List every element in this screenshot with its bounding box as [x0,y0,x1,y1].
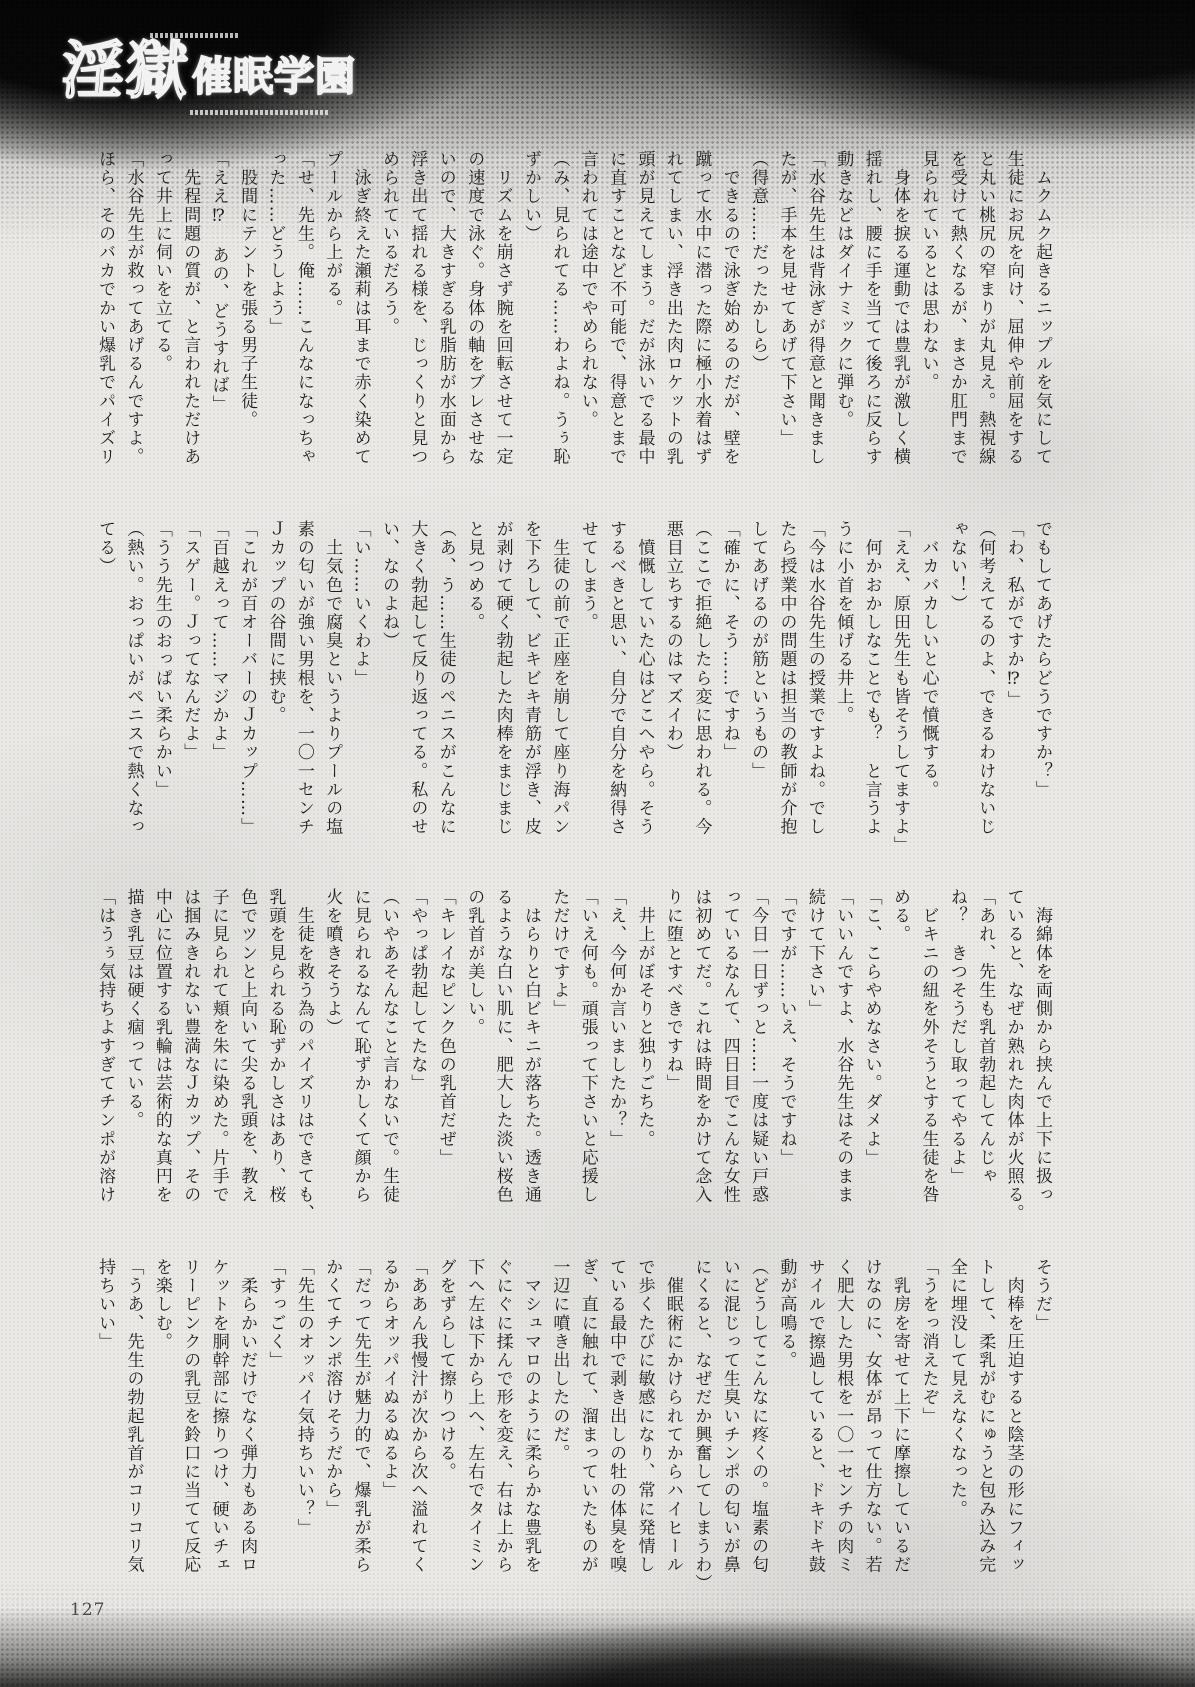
text-column: を下ろして、ビキビキ青筋が浮き、皮 [522,520,539,856]
text-band-4: そうだ」 肉棒を圧迫すると陰茎の形にフィットして、柔乳がむにゅうと包み込み完全に… [85,1258,1050,1594]
text-column: が剥けて硬く勃起した肉棒をまじまじ [494,520,511,856]
text-column: れてしまい、浮き出た肉ロケットの乳 [664,150,681,486]
text-column: 「キレイなピンク色の乳首だぜ」 [437,888,454,1224]
text-column: 「はうぅ気持ちよすぎてチンポが溶け [96,888,113,1224]
text-column: 生徒を救う為のパイズリはできても、 [295,888,312,1224]
text-column: トして、柔乳がむにゅうと包み込み完 [976,1258,993,1594]
text-column: 「やっぱ勃起してたな」 [408,888,425,1224]
text-column: 「先生のオッパイ気持ちいい？」 [295,1258,312,1594]
text-column: ていると、なぜか熟れた肉体が火照る。 [1005,888,1022,1224]
text-column: で歩くたびに敏感になり、常に発情し [636,1258,653,1594]
text-column: の速度で泳ぐ。身体の軸をブレさせな [465,150,482,486]
text-column: 続けて下さい」 [806,888,823,1224]
text-column: に見られるなんて恥ずかしくて顔から [352,888,369,1224]
text-column: 柔らかいだけでなく弾力もある肉ロ [238,1258,255,1594]
text-column: るからオッパイぬるぬるよ」 [380,1258,397,1594]
text-column: 言われては途中でやめられない。 [579,150,596,486]
text-column: 「あれ、先生も乳首勃起してんじゃ [976,888,993,1224]
text-column: の乳首が美しい。 [465,888,482,1224]
text-column: リーピンクの乳豆を鈴口に当てて反応 [181,1258,198,1594]
text-column: ムクムク起きるニップルを気にして [1033,150,1050,486]
text-column: 描き乳豆は硬く痼っている。 [125,888,142,1224]
text-column: 乳頭を見られる恥ずかしさはあり、桜 [266,888,283,1224]
text-column: 生徒にお尻を向け、屈伸や前屈をする [1005,150,1022,486]
series-logo-main-title: 淫獄 [60,40,192,102]
text-band-3: 海綿体を両側から挟んで上下に扱っていると、なぜか熟れた肉体が火照る。「あれ、先生… [85,888,1050,1224]
text-column: ね？ きつそうだし取ってやるよ」 [948,888,965,1224]
text-column: バカバカしいと心で憤慨する。 [919,520,936,856]
text-column: はらりと白ビキニが落ちた。透き通 [522,888,539,1224]
text-column: 見られているとは思わない。 [919,150,936,486]
text-column: うに小首を傾げる井上。 [834,520,851,856]
text-column: って井上に伺いを立てる。 [153,150,170,486]
text-column: 悪目立ちするのはマズイわ） [664,520,681,856]
book-page: 淫獄催眠学園 ムクムク起きるニップルを気にして生徒にお尻を向け、屈伸や前屈をする… [0,0,1195,1687]
text-column: 肉棒を圧迫すると陰茎の形にフィッ [1005,1258,1022,1594]
text-column: いので、大きすぎる乳脂肪が水面から [437,150,454,486]
text-column: ずかしい） [522,150,539,486]
text-column: く肥大した男根を一〇一センチの肉ミ [834,1258,851,1594]
text-column: （あ、う……生徒のペニスがこんなに [437,520,454,856]
text-column: 蹴って水中に潜った際に極小水着はず [692,150,709,486]
text-column: 火を噴きそうよ） [323,888,340,1224]
text-column: 「これが百オーバーのＪカップ……」 [238,520,255,856]
text-column: める。 [891,888,908,1224]
text-column: 中心に位置する乳輪は芸術的な真円を [153,888,170,1224]
logo-caption-bottom-decoration [190,110,330,115]
text-column: ぎ、直に触れて、溜まっていたものが [579,1258,596,1594]
text-column: 「い……いくわよ」 [352,520,369,856]
text-column: 憤慨していた心はどこへやら。そう [636,520,653,856]
text-column: グをずらして擦りつける。 [437,1258,454,1594]
text-column: できるので泳ぎ始めるのだが、壁を [721,150,738,486]
text-column: けなのに、女体が昂って仕方ない。若 [863,1258,880,1594]
text-column: たら授業中の問題は担当の教師が介抱 [777,520,794,856]
logo-caption-top-decoration [150,33,238,38]
text-column: かくてチンポ溶けそうだから」 [323,1258,340,1594]
text-column: ビキニの紐を外そうとする生徒を咎 [919,888,936,1224]
text-column: 何かおかしなことでも？ と言うよ [863,520,880,856]
text-column: っているなんて、四日目でこんな女性 [721,888,738,1224]
text-column: にくると、なぜだか興奮してしまうわ） [692,1258,709,1594]
text-column: （何考えてるのよ、できるわけないじ [976,520,993,856]
text-column: を楽しむ。 [153,1258,170,1594]
text-column: 「いえ何も。頑張って下さいと応援し [579,888,596,1224]
text-column: 「すっごく」 [266,1258,283,1594]
text-column: 子に見られて頬を朱に染めた。片手で [210,888,227,1224]
text-column: ゃない！） [948,520,965,856]
text-column: てる） [96,520,113,856]
text-column: （熱い。おっぱいがペニスで熱くなっ [125,520,142,856]
text-column: （み、見られてる……わよね。うぅ恥 [550,150,567,486]
text-column: サイルで擦過していると、ドキドキ鼓 [806,1258,823,1594]
text-column: 一辺に噴き出したのだ。 [550,1258,567,1594]
text-column: は初めてだ。これは時間をかけて念入 [692,888,709,1224]
text-column: するべきと思い、自分で自分を納得さ [607,520,624,856]
text-column: たが、手本を見せてあげて下さい」 [777,150,794,486]
text-column: 土気色で腐臭というよりプールの塩 [323,520,340,856]
text-column: と丸い桃尻の窄まりが丸見え。熱視線 [976,150,993,486]
text-column: ケットを胴幹部に擦りつけ、硬いチェ [210,1258,227,1594]
text-column: を受けて熱くなるが、まさか肛門まで [948,150,965,486]
text-column: そうだ」 [1033,1258,1050,1594]
text-column: 素の匂いが強い男根を、一〇一センチ [295,520,312,856]
text-column: 身体を捩る運動では豊乳が激しく横 [891,150,908,486]
text-column: と見つめる。 [465,520,482,856]
page-number: 127 [70,1600,105,1620]
text-column: 動が高鳴る。 [777,1258,794,1594]
text-column: 頭が見えてしまう。だが泳いでる最中 [636,150,653,486]
text-column: は掴みきれない豊満なＪカップ、その [181,888,198,1224]
text-column: リズムを崩さず腕を回転させて一定 [494,150,511,486]
text-column: 先程問題の質が、と言われただけあ [181,150,198,486]
text-column: ただけですよ」 [550,888,567,1224]
text-band-1: ムクムク起きるニップルを気にして生徒にお尻を向け、屈伸や前屈をすると丸い桃尻の窄… [85,150,1050,486]
text-column: 色でツンと上向いて尖る乳頭を、教え [238,888,255,1224]
text-column: ぐにぐに揉んで形を変え、右は上から [494,1258,511,1594]
text-column: 井上がぼそりと独りごちた。 [636,888,653,1224]
text-column: 乳房を寄せて上下に摩擦しているだ [891,1258,908,1594]
text-column: 股間にテントを張る男子生徒。 [238,150,255,486]
text-column: 「今は水谷先生の授業ですよね。でし [806,520,823,856]
text-column: りに堕とすべきですね」 [664,888,681,1224]
series-logo: 淫獄催眠学園 [62,40,356,102]
text-column: 「ええ、原田先生も皆そうしてますよ」 [891,520,908,856]
text-column: 「水谷先生は背泳ぎが得意と聞きまし [806,150,823,486]
text-column: Ｊカップの谷間に挟む。 [266,520,283,856]
text-column: 持ちいい」 [96,1258,113,1594]
text-column: 「うう先生のおっぱい柔らかい」 [153,520,170,856]
text-column: 動きなどはダイナミックに弾む。 [834,150,851,486]
text-column: められているだろう。 [380,150,397,486]
text-column: い、なのよね） [380,520,397,856]
text-column: ほら、そのバカでかい爆乳でパイズリ [96,150,113,486]
text-column: に直すことなど不可能で、得意とまで [607,150,624,486]
text-column: 「わ、私がですか⁉」 [1005,520,1022,856]
text-column: 「え、今何か言いましたか？」 [607,888,624,1224]
text-column: 「いいんですよ、水谷先生はそのまま [834,888,851,1224]
text-column: 「こ、こらやめなさい。ダメよ」 [863,888,880,1224]
text-column: 「うあ、先生の勃起乳首がコリコリ気 [125,1258,142,1594]
text-column: 大きく勃起して反り返ってる。私のせ [408,520,425,856]
text-column: 生徒の前で正座を崩して座り海パン [550,520,567,856]
text-column: 「確かに、そう……ですね」 [721,520,738,856]
text-column: 浮き出て揺れる様を、じっくりと見つ [408,150,425,486]
text-column: プールから上がる。 [323,150,340,486]
text-column: 海綿体を両側から挟んで上下に扱っ [1033,888,1050,1224]
text-column: 「うをっ消えたぞ」 [919,1258,936,1594]
text-column: （どうしてこんなに疼くの。塩素の匂 [749,1258,766,1594]
bottom-dark-gradient [0,1607,1195,1687]
text-column: 「スゲー。Ｊってなんだよ」 [181,520,198,856]
text-column: 催眠術にかけられてからハイヒール [664,1258,681,1594]
text-column: るような白い肌に、肥大した淡い桜色 [494,888,511,1224]
text-column: 「だって先生が魅力的で、爆乳が柔ら [352,1258,369,1594]
text-column: 「水谷先生が救ってあげるんですよ。 [125,150,142,486]
text-column: 「今日一日ずっと……一度は疑い戸惑 [749,888,766,1224]
series-logo-sub-title: 催眠学園 [190,57,356,102]
text-column: （ここで拒絶したら変に思われる。今 [692,520,709,856]
text-band-2: でもしてあげたらどうですか？」「わ、私がですか⁉」（何考えてるのよ、できるわけな… [85,520,1050,856]
text-column: （いやあそんなこと言わないで。生徒 [380,888,397,1224]
text-column: いに混じって生臭いチンポの匂いが鼻 [721,1258,738,1594]
text-column: 揺れし、腰に手を当てて後ろに反らす [863,150,880,486]
text-column: でもしてあげたらどうですか？」 [1033,520,1050,856]
text-column: マシュマロのように柔らかな豊乳を [522,1258,539,1594]
text-column: してあげるのが筋というもの」 [749,520,766,856]
text-column: 「ああん我慢汁が次から次へ溢れてく [408,1258,425,1594]
text-column: 「ですが……いえ、そうですね」 [777,888,794,1224]
text-column: せてしまう。 [579,520,596,856]
text-column: 全に埋没して見えなくなった。 [948,1258,965,1594]
text-column: 泳ぎ終えた瀬莉は耳まで赤く染めて [352,150,369,486]
text-column: 下へ左は下から上へ、左右でタイミン [465,1258,482,1594]
text-column: ている最中で剥き出しの牡の体臭を嗅 [607,1258,624,1594]
text-column: 「せ、先生。俺……こんなになっちゃ [295,150,312,486]
text-column: った……どうしよう」 [266,150,283,486]
text-column: 「百越えって……マジかよ」 [210,520,227,856]
text-column: 「ええ⁉ あの、どうすれば」 [210,150,227,486]
text-column: （得意……だったかしら） [749,150,766,486]
